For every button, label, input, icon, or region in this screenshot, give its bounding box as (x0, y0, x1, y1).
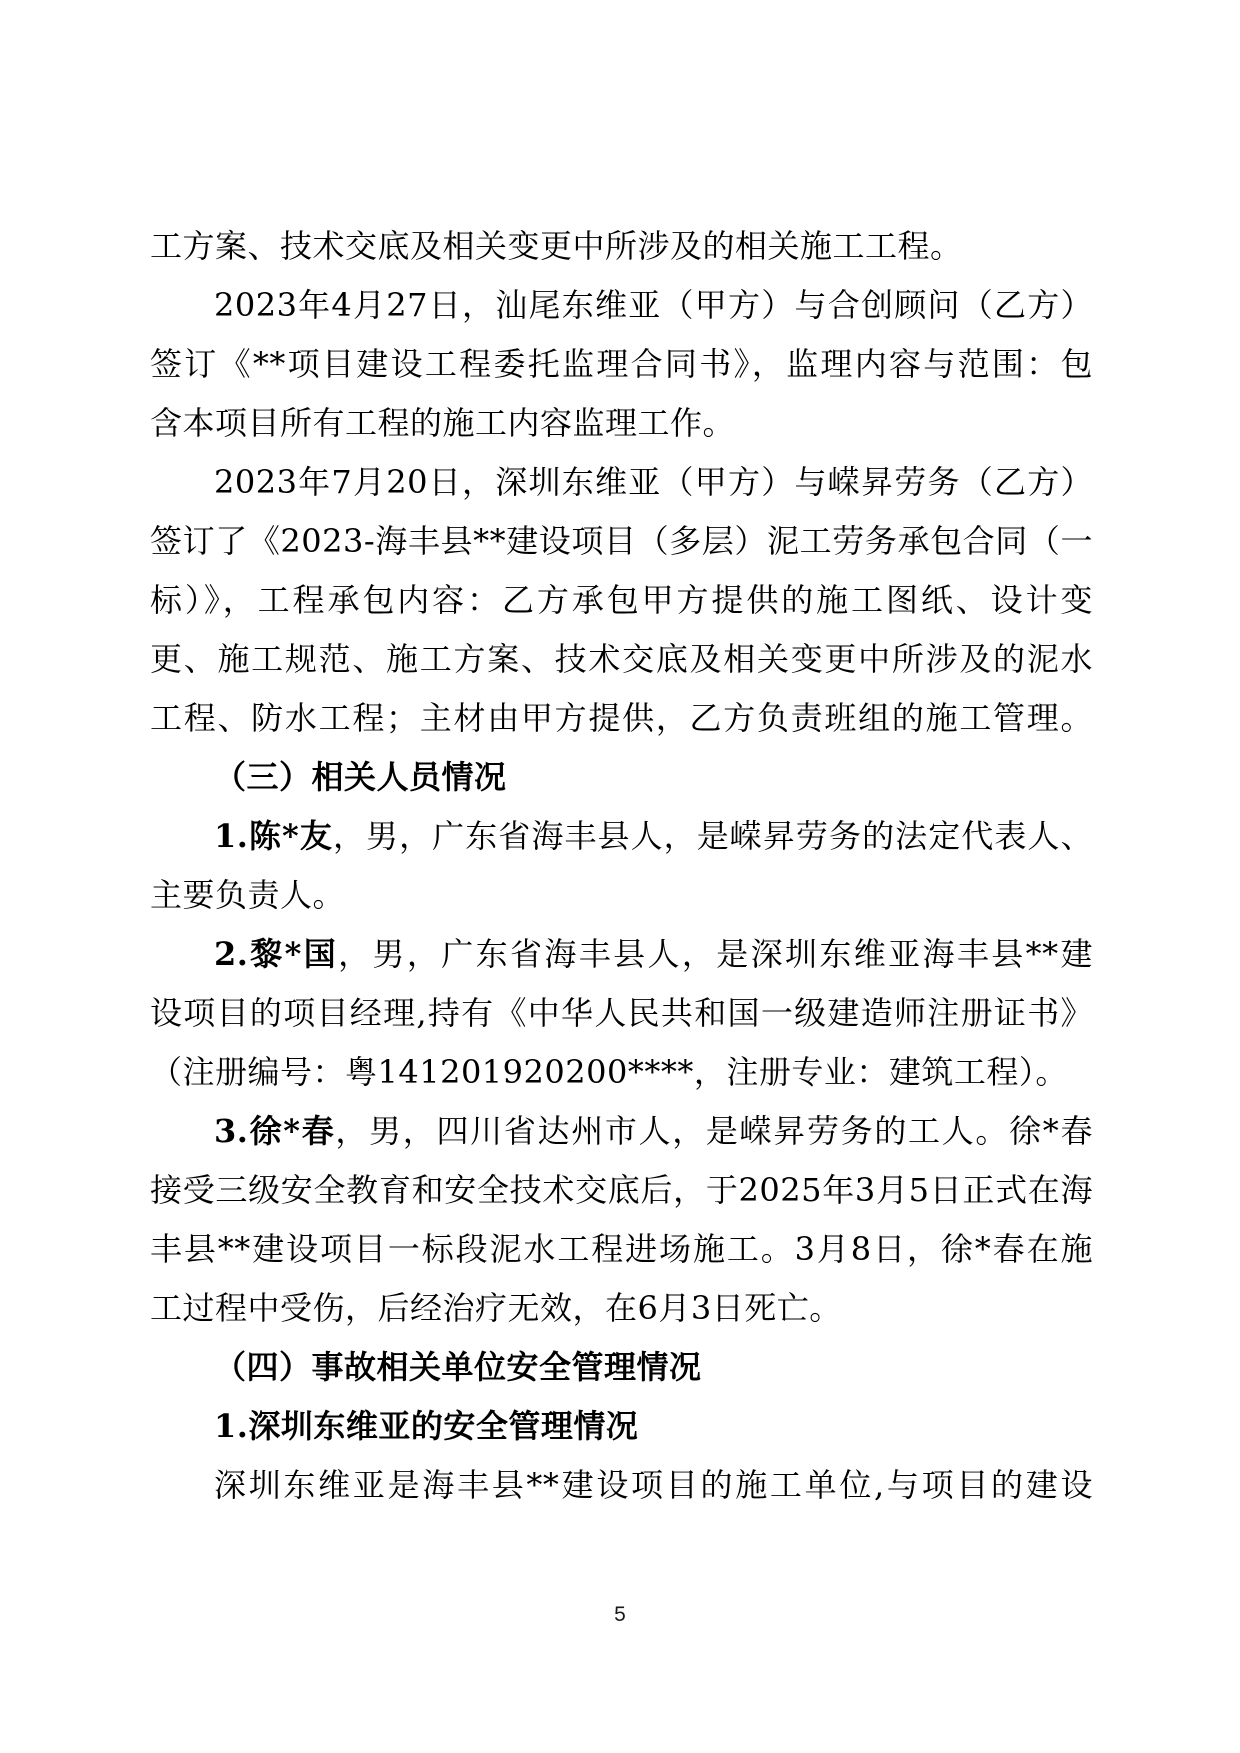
text-line: 丰县**建设项目一标段泥水工程进场施工。3月8日，徐*春在施 (150, 1220, 1093, 1279)
line-text: 2023年4月27日，汕尾东维亚（甲方）与合创顾问（乙方） (214, 286, 1093, 324)
line-text: 工程、防水工程；主材由甲方提供，乙方负责班组的施工管理。 (150, 699, 1093, 737)
line-text: 含本项目所有工程的施工内容监理工作。 (150, 404, 735, 442)
line-text: 工方案、技术交底及相关变更中所涉及的相关施工工程。 (150, 227, 963, 265)
text-line: 接受三级安全教育和安全技术交底后，于2025年3月5日正式在海 (150, 1161, 1093, 1220)
document-text-area: 工方案、技术交底及相关变更中所涉及的相关施工工程。 2023年4月27日，汕尾东… (150, 217, 1093, 1515)
text-line: 工程、防水工程；主材由甲方提供，乙方负责班组的施工管理。 (150, 689, 1093, 748)
line-text: 设项目的项目经理,持有《中华人民共和国一级建造师注册证书》 (150, 994, 1093, 1032)
line-bold-text: 3.徐*春 (214, 1112, 335, 1150)
document-page: 工方案、技术交底及相关变更中所涉及的相关施工工程。 2023年4月27日，汕尾东… (0, 0, 1240, 1753)
line-text: 丰县**建设项目一标段泥水工程进场施工。3月8日，徐*春在施 (150, 1230, 1093, 1268)
text-line: 设项目的项目经理,持有《中华人民共和国一级建造师注册证书》 (150, 984, 1093, 1043)
line-text: 签订《**项目建设工程委托监理合同书》，监理内容与范围：包 (150, 345, 1093, 383)
text-line: 签订《**项目建设工程委托监理合同书》，监理内容与范围：包 (150, 335, 1093, 394)
text-line: 2023年4月27日，汕尾东维亚（甲方）与合创顾问（乙方） (150, 276, 1093, 335)
subsection-heading: 1.深圳东维亚的安全管理情况 (150, 1397, 1093, 1456)
line-text: ，男，广东省海丰县人，是嵘昇劳务的法定代表人、 (333, 817, 1093, 855)
text-line: 2.黎*国，男，广东省海丰县人，是深圳东维亚海丰县**建 (150, 925, 1093, 984)
text-line: 主要负责人。 (150, 866, 1093, 925)
line-bold-text: 2.黎*国 (214, 935, 338, 973)
line-text: 更、施工规范、施工方案、技术交底及相关变更中所涉及的泥水 (150, 640, 1093, 678)
line-bold-text: （三）相关人员情况 (214, 758, 507, 796)
text-line: 签订了《2023-海丰县**建设项目（多层）泥工劳务承包合同（一 (150, 512, 1093, 571)
line-text: 主要负责人。 (150, 876, 345, 914)
text-line: 工方案、技术交底及相关变更中所涉及的相关施工工程。 (150, 217, 1093, 276)
line-text: ，男，广东省海丰县人，是深圳东维亚海丰县**建 (338, 935, 1093, 973)
line-text: ，男，四川省达州市人，是嵘昇劳务的工人。徐*春 (335, 1112, 1093, 1150)
line-bold-text: 1.陈*友 (214, 817, 333, 855)
line-text: 标）》，工程承包内容：乙方承包甲方提供的施工图纸、设计变 (150, 581, 1093, 619)
line-bold-text: （四）事故相关单位安全管理情况 (214, 1348, 702, 1386)
line-text: 接受三级安全教育和安全技术交底后，于2025年3月5日正式在海 (150, 1171, 1093, 1209)
line-bold-text: 1.深圳东维亚的安全管理情况 (214, 1407, 638, 1445)
section-heading: （四）事故相关单位安全管理情况 (150, 1338, 1093, 1397)
text-line: 深圳东维亚是海丰县**建设项目的施工单位,与项目的建设 (150, 1456, 1093, 1515)
page-number: 5 (0, 1603, 1240, 1627)
text-line: 3.徐*春，男，四川省达州市人，是嵘昇劳务的工人。徐*春 (150, 1102, 1093, 1161)
text-line: 标）》，工程承包内容：乙方承包甲方提供的施工图纸、设计变 (150, 571, 1093, 630)
line-text: 签订了《2023-海丰县**建设项目（多层）泥工劳务承包合同（一 (150, 522, 1093, 560)
text-line: 更、施工规范、施工方案、技术交底及相关变更中所涉及的泥水 (150, 630, 1093, 689)
text-line: （注册编号：粤141201920200****，注册专业：建筑工程）。 (150, 1043, 1093, 1102)
line-text: 2023年7月20日，深圳东维亚（甲方）与嵘昇劳务（乙方） (214, 463, 1093, 501)
section-heading: （三）相关人员情况 (150, 748, 1093, 807)
text-line: 1.陈*友，男，广东省海丰县人，是嵘昇劳务的法定代表人、 (150, 807, 1093, 866)
line-text: （注册编号：粤141201920200****，注册专业：建筑工程）。 (150, 1053, 1068, 1091)
text-line: 2023年7月20日，深圳东维亚（甲方）与嵘昇劳务（乙方） (150, 453, 1093, 512)
line-text: 深圳东维亚是海丰县**建设项目的施工单位,与项目的建设 (214, 1466, 1093, 1504)
text-line: 工过程中受伤，后经治疗无效，在6月3日死亡。 (150, 1279, 1093, 1338)
line-text: 工过程中受伤，后经治疗无效，在6月3日死亡。 (150, 1289, 842, 1327)
text-line: 含本项目所有工程的施工内容监理工作。 (150, 394, 1093, 453)
